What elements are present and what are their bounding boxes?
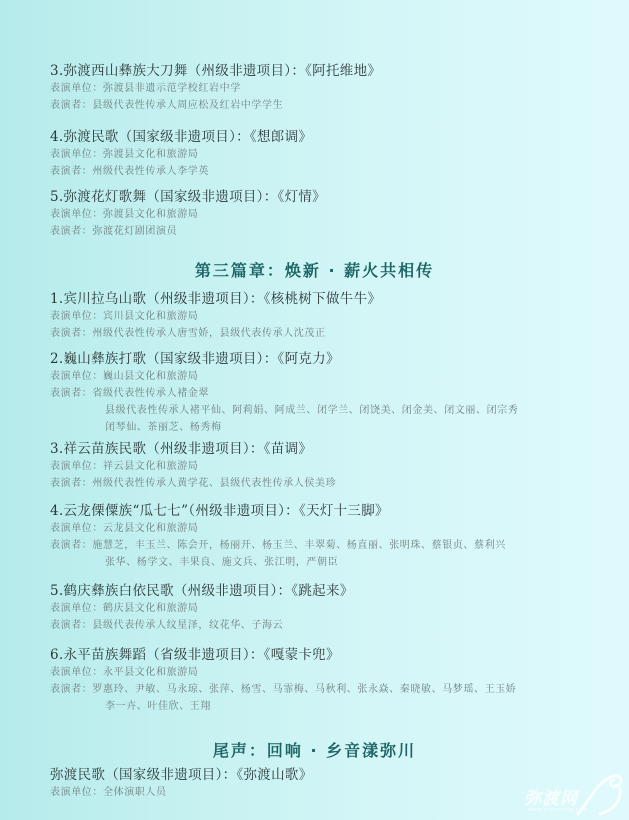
performing-unit: 全体演职人员 — [103, 787, 167, 798]
program-item: 3.祥云苗族民歌（州级非遗项目）：《苗调》 表演单位：祥云县文化和旅游局 表演者… — [50, 440, 336, 492]
performers-line: 表演者：州级代表性传承人李学英 — [50, 163, 312, 180]
performing-unit: 弥渡县文化和旅游局 — [103, 149, 198, 160]
program-item: 6.永平苗族舞蹈（省级非遗项目）：《嘎蒙卡兜》 表演单位：永平县文化和旅游局 表… — [50, 646, 516, 715]
performers-line: 表演者：罗惠玲、尹敏、马永琼、张萍、杨雪、马霏梅、马秋利、张永焱、秦晓敏、马梦瑶… — [50, 681, 516, 698]
program-item: 3.弥渡西山彝族大刀舞（州级非遗项目）：《阿托维地》 表演单位：弥渡县非遗示范学… — [50, 62, 381, 114]
program-item: 弥渡民歌（国家级非遗项目）：《弥渡山歌》 表演单位：全体演职人员 — [50, 766, 313, 801]
performers: 弥渡花灯剧团演员 — [92, 226, 177, 237]
watermark-name: 弥渡网 — [524, 784, 578, 809]
performing-unit-line: 表演单位：弥渡县文化和旅游局 — [50, 146, 312, 163]
watermark-url: www.miduwang.com — [528, 807, 588, 813]
program-item-title: 6.永平苗族舞蹈（省级非遗项目）：《嘎蒙卡兜》 — [50, 646, 516, 664]
program-item: 4.云龙傈僳族“瓜七七”（州级非遗项目）：《天灯十三脚》 表演单位：云龙县文化和… — [50, 502, 506, 571]
performers-line: 表演者：州级代表性传承人黄学花、县级代表性传承人侯美珍 — [50, 475, 336, 492]
program-item: 4.弥渡民歌（国家级非遗项目）：《想郎调》 表演单位：弥渡县文化和旅游局 表演者… — [50, 128, 312, 180]
performing-unit-line: 表演单位：弥渡县非遗示范学校红岩中学 — [50, 80, 381, 97]
performers-line: 表演者：州级代表性传承人唐雪娇，县级代表传承人沈茂正 — [50, 325, 381, 342]
program-item-title: 1.宾川拉乌山歌（州级非遗项目）：《核桃树下做牛牛》 — [50, 290, 381, 308]
performers: 州级代表性传承人黄学花、县级代表性传承人侯美珍 — [92, 478, 336, 489]
program-item-title: 5.弥渡花灯歌舞（国家级非遗项目）：《灯情》 — [50, 188, 326, 206]
performers-line: 表演者：省级代表性传承人褚金翠 — [50, 385, 518, 402]
program-item: 5.弥渡花灯歌舞（国家级非遗项目）：《灯情》 表演单位：弥渡县文化和旅游局 表演… — [50, 188, 326, 240]
program-item-title: 弥渡民歌（国家级非遗项目）：《弥渡山歌》 — [50, 766, 313, 784]
performing-unit-line: 表演单位：全体演职人员 — [50, 784, 313, 801]
program-item-title: 4.云龙傈僳族“瓜七七”（州级非遗项目）：《天灯十三脚》 — [50, 502, 506, 520]
performers-continued: 闭琴仙、茶丽芝、杨秀梅 — [50, 419, 518, 436]
performing-unit: 祥云县文化和旅游局 — [103, 461, 198, 472]
performing-unit-line: 表演单位：鹤庆县文化和旅游局 — [50, 600, 354, 617]
program-item-title: 5.鹤庆彝族白依民歌（州级非遗项目）：《跳起来》 — [50, 582, 354, 600]
performers: 省级代表性传承人褚金翠 — [92, 388, 209, 399]
performing-unit: 弥渡县非遗示范学校红岩中学 — [103, 83, 241, 94]
program-item: 2.巍山彝族打歌（国家级非遗项目）：《阿克力》 表演单位：巍山县文化和旅游局 表… — [50, 350, 518, 436]
performing-unit-line: 表演单位：弥渡县文化和旅游局 — [50, 206, 326, 223]
program-item-title: 2.巍山彝族打歌（国家级非遗项目）：《阿克力》 — [50, 350, 518, 368]
performers-continued: 县级代表性传承人褚平仙、阿莉娟、阿成兰、闭学兰、闭饶美、闭金美、闭文丽、闭宗秀 — [50, 402, 518, 419]
program-page: 3.弥渡西山彝族大刀舞（州级非遗项目）：《阿托维地》 表演单位：弥渡县非遗示范学… — [0, 0, 629, 820]
performing-unit: 云龙县文化和旅游局 — [103, 523, 198, 534]
performers: 州级代表性传承人李学英 — [92, 166, 209, 177]
performing-unit: 弥渡县文化和旅游局 — [103, 209, 198, 220]
performing-unit: 永平县文化和旅游局 — [103, 667, 198, 678]
program-item-title: 3.弥渡西山彝族大刀舞（州级非遗项目）：《阿托维地》 — [50, 62, 381, 80]
performers: 县级代表性传承人周应松及红岩中学学生 — [92, 100, 283, 111]
performers-line: 表演者：县级代表传承人纹星泽，纹花华、子海云 — [50, 617, 354, 634]
performers-line: 表演者：施慧芝，丰玉兰、陈会开，杨丽开、杨玉兰、丰翠菊、杨直丽、张明珠、蔡银贞、… — [50, 537, 506, 554]
performers: 施慧芝，丰玉兰、陈会开，杨丽开、杨玉兰、丰翠菊、杨直丽、张明珠、蔡银贞、蔡利兴 — [92, 540, 505, 551]
performers-line: 表演者：县级代表性传承人周应松及红岩中学学生 — [50, 97, 381, 114]
section-heading-chapter3: 第三篇章：焕新 · 薪火共相传 — [0, 258, 629, 281]
performers: 罗惠玲、尹敏、马永琼、张萍、杨雪、马霏梅、马秋利、张永焱、秦晓敏、马梦瑶、王玉娇 — [92, 684, 516, 695]
program-item: 5.鹤庆彝族白依民歌（州级非遗项目）：《跳起来》 表演单位：鹤庆县文化和旅游局 … — [50, 582, 354, 634]
performing-unit: 宾川县文化和旅游局 — [103, 311, 198, 322]
performers: 州级代表性传承人唐雪娇，县级代表传承人沈茂正 — [92, 328, 325, 339]
performers-line: 表演者：弥渡花灯剧团演员 — [50, 223, 326, 240]
performers-continued: 李一卉、叶佳欣、王翔 — [50, 698, 516, 715]
site-watermark: 弥渡网 www.miduwang.com — [520, 770, 625, 818]
section-heading-epilogue: 尾声：回响 · 乡音漾弥川 — [0, 738, 629, 761]
performers-continued: 张华、杨学文、丰果良、施文兵、张江明，严朝臣 — [50, 554, 506, 571]
program-item-title: 3.祥云苗族民歌（州级非遗项目）：《苗调》 — [50, 440, 336, 458]
program-item-title: 4.弥渡民歌（国家级非遗项目）：《想郎调》 — [50, 128, 312, 146]
program-item: 1.宾川拉乌山歌（州级非遗项目）：《核桃树下做牛牛》 表演单位：宾川县文化和旅游… — [50, 290, 381, 342]
performing-unit-line: 表演单位：永平县文化和旅游局 — [50, 664, 516, 681]
performing-unit-line: 表演单位：巍山县文化和旅游局 — [50, 368, 518, 385]
performing-unit: 鹤庆县文化和旅游局 — [103, 603, 198, 614]
performers: 县级代表传承人纹星泽，纹花华、子海云 — [92, 620, 283, 631]
performing-unit: 巍山县文化和旅游局 — [103, 371, 198, 382]
performing-unit-line: 表演单位：宾川县文化和旅游局 — [50, 308, 381, 325]
performing-unit-line: 表演单位：祥云县文化和旅游局 — [50, 458, 336, 475]
performing-unit-line: 表演单位：云龙县文化和旅游局 — [50, 520, 506, 537]
